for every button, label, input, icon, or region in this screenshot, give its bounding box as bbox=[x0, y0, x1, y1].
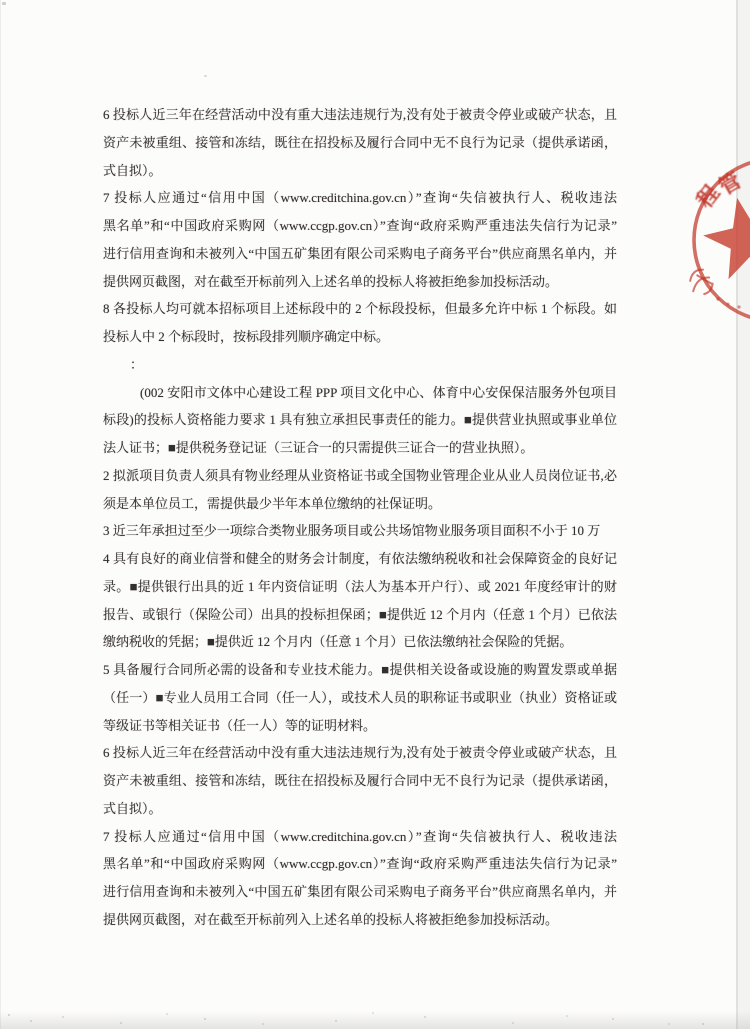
text-line: 资产未被重组、接管和冻结，既往在招投标及履行合同中无不良行为记录（提供承诺函，格 bbox=[103, 129, 617, 157]
text-line: 缴纳税收的凭据；■提供近 12 个月内（任意 1 个月）已依法缴纳社会保险的凭据… bbox=[103, 628, 617, 656]
text-line: (002 安阳市文体中心建设工程 PPP 项目文化中心、体育中心安保保洁服务外包… bbox=[103, 379, 617, 407]
text-line: 标段)的投标人资格能力要求 1 具有独立承担民事责任的能力。■提供营业执照或事业… bbox=[103, 406, 617, 434]
text-line: 6 投标人近三年在经营活动中没有重大违法违规行为,没有处于被责令停业或破产状态，… bbox=[103, 101, 617, 129]
text-line: 5 具备履行合同所必需的设备和专业技术能力。■提供相关设备或设施的购置发票或单据 bbox=[103, 656, 617, 684]
seal-illegible-glyph bbox=[684, 267, 715, 299]
document-text-block: 6 投标人近三年在经营活动中没有重大违法违规行为,没有处于被责令停业或破产状态，… bbox=[103, 101, 617, 934]
page-scan-edge-strip bbox=[738, 0, 750, 1029]
text-line: 7 投标人应通过“信用中国（www.creditchina.gov.cn）”查询… bbox=[103, 184, 617, 212]
text-line: 式自拟）。 bbox=[103, 157, 617, 185]
text-line: 进行信用查询和未被列入“中国五矿集团有限公司采购电子商务平台”供应商黑名单内，并 bbox=[103, 240, 617, 268]
text-line: 8 各投标人均可就本招标项目上述标段中的 2 个标段投标，但最多允许中标 1 个… bbox=[103, 295, 617, 323]
text-line: 6 投标人近三年在经营活动中没有重大违法违规行为,没有处于被责令停业或破产状态，… bbox=[103, 739, 617, 767]
text-line: 提供网页截图，对在截至开标前列入上述名单的投标人将被拒绝参加投标活动。 bbox=[103, 268, 617, 296]
seal-arc-char: 程 bbox=[689, 178, 726, 213]
text-line: 录。■提供银行出具的近 1 年内资信证明（法人为基本开户行）、或 2021 年度… bbox=[103, 573, 617, 601]
text-line: 报告、或银行（保险公司）出具的投标担保函；■提供近 12 个月内（任意 1 个月… bbox=[103, 601, 617, 629]
text-line: 须是本单位员工，需提供最少半年本单位缴纳的社保证明。 bbox=[103, 490, 617, 518]
scan-bottom-shade bbox=[0, 1011, 750, 1029]
text-line: 黑名单”和“中国政府采购网（www.ccgp.gov.cn）”查询“政府采购严重… bbox=[103, 850, 617, 878]
text-line: 资产未被重组、接管和冻结，既往在招投标及履行合同中无不良行为记录（提供承诺函，格 bbox=[103, 767, 617, 795]
seal-bottom-mark bbox=[716, 297, 719, 300]
page-scan-left-edge bbox=[0, 0, 1, 1029]
text-line: 2 拟派项目负责人须具有物业经理从业资格证书或全国物业管理企业从业人员岗位证书,… bbox=[103, 462, 617, 490]
scan-stray-speck bbox=[204, 75, 207, 77]
text-line: 4 具有良好的商业信誉和健全的财务会计制度，有依法缴纳税收和社会保障资金的良好记 bbox=[103, 545, 617, 573]
text-line: 7 投标人应通过“信用中国（www.creditchina.gov.cn）”查询… bbox=[103, 823, 617, 851]
text-line: 提供网页截图，对在截至开标前列入上述名单的投标人将被拒绝参加投标活动。 bbox=[103, 906, 617, 934]
text-line: 3 近三年承担过至少一项综合类物业服务项目或公共场馆物业服务项目面积不小于 10… bbox=[103, 517, 617, 545]
text-line: （任一）■专业人员用工合同（任一人），或技术人员的职称证书或职业（执业）资格证或 bbox=[103, 684, 617, 712]
text-line: 式自拟）。 bbox=[103, 795, 617, 823]
scanned-document-page: 6 投标人近三年在经营活动中没有重大违法违规行为,没有处于被责令停业或破产状态，… bbox=[0, 0, 750, 1029]
text-line: 进行信用查询和未被列入“中国五矿集团有限公司采购电子商务平台”供应商黑名单内，并 bbox=[103, 878, 617, 906]
scan-noise-speckles bbox=[0, 1010, 2, 1012]
seal-bottom-mark bbox=[727, 303, 730, 306]
text-line: 等级证书等相关证书（任一人）等的证明材料。 bbox=[103, 712, 617, 740]
text-line: 法人证书；■提供税务登记证（三证合一的只需提供三证合一的营业执照）。 bbox=[103, 434, 617, 462]
text-line-colon: ： bbox=[103, 351, 617, 379]
text-line: 黑名单”和“中国政府采购网（www.ccgp.gov.cn）”查询“政府采购严重… bbox=[103, 212, 617, 240]
text-line: 投标人中 2 个标段时，按标段排列顺序确定中标。 bbox=[103, 323, 617, 351]
scan-corner-mark bbox=[2, 2, 6, 5]
